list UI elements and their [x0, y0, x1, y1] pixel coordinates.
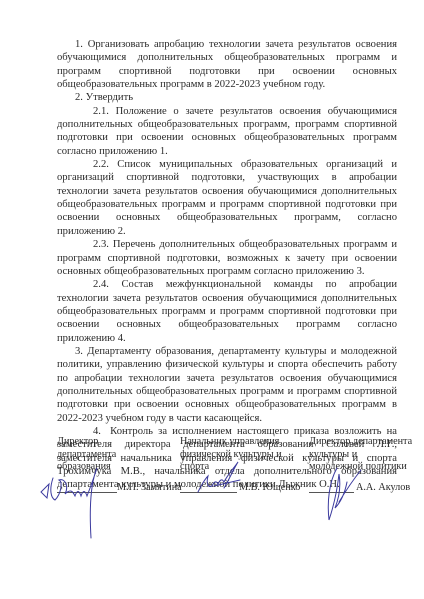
paragraph-number: 2.1. [75, 105, 109, 118]
paragraph-2-1: 2.1. Положение о зачете результатов осво… [57, 105, 397, 158]
paragraph-2-3: 2.3. Перечень дополнительных общеобразов… [57, 238, 397, 278]
signature-head-sports: Начальник управления физической культуры… [180, 436, 305, 474]
paragraph-number: 2. [75, 92, 83, 103]
paragraph-number: 1. [75, 39, 83, 50]
document-body: 1. Организовать апробацию технологии зач… [57, 38, 397, 492]
paragraph-number: 2.3. [75, 238, 109, 251]
paragraph-2: 2. Утвердить [57, 91, 397, 104]
handwritten-signature-icon [39, 464, 119, 544]
paragraph-number: 2.4. [75, 278, 109, 291]
paragraph-number: 3. [75, 346, 83, 357]
handwritten-signature-icon [319, 462, 369, 532]
paragraph-text: Департаменту образования, департаменту к… [57, 346, 397, 424]
paragraph-3: 3. Департаменту образования, департамент… [57, 345, 397, 425]
paragraph-1: 1. Организовать апробацию технологии зач… [57, 38, 397, 91]
paragraph-2-2: 2.2. Список муниципальных образовательны… [57, 158, 397, 238]
paragraph-text: Список муниципальных образовательных орг… [57, 159, 397, 237]
signatory-name: М.П. Замятина [117, 482, 182, 495]
handwritten-signature-icon [194, 458, 254, 498]
paragraph-number: 2.2. [75, 158, 109, 171]
paragraph-2-4: 2.4. Состав межфункциональной команды по… [57, 278, 397, 345]
paragraph-text: Организовать апробацию технологии зачета… [57, 39, 397, 90]
paragraph-text: Утвердить [86, 92, 133, 103]
signature-director-education: Директор департамента образования М.П. З… [57, 436, 177, 474]
signature-director-culture: Директор департамента культуры и молодеж… [309, 436, 424, 474]
